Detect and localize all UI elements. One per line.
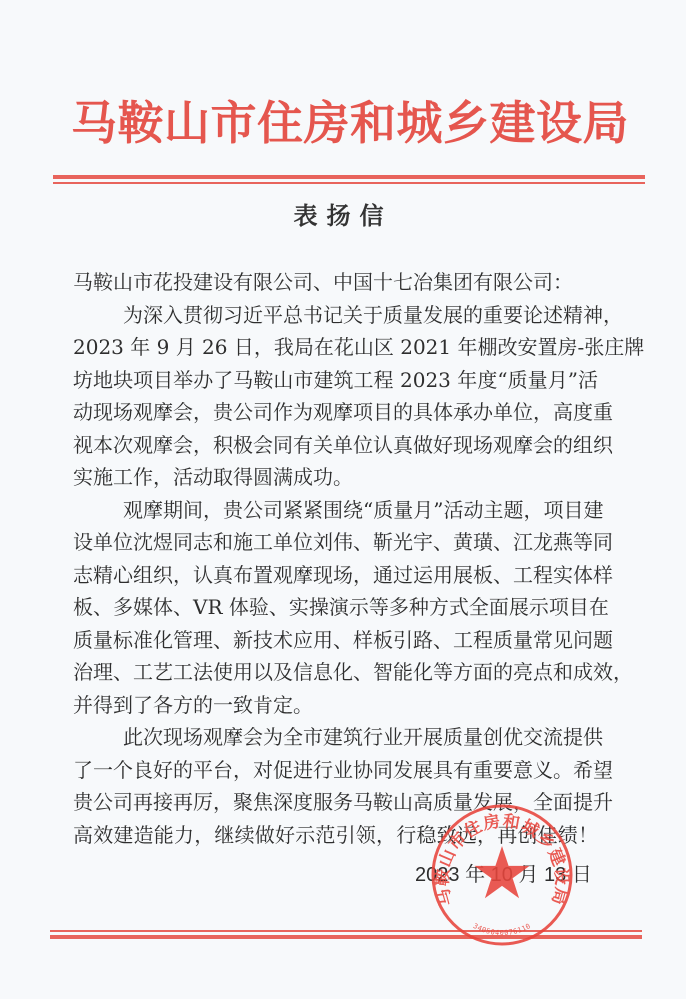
paragraph-2-line-7: 并得到了各方的一致肯定。 — [73, 689, 598, 722]
paragraph-1-line-4: 动现场观摩会，贵公司作为观摩项目的具体承办单位，高度重 — [73, 396, 598, 429]
footer-rule-thin — [50, 930, 642, 932]
letterhead-rule-thin — [53, 182, 645, 184]
paragraph-2-line-6: 治理、工艺工法使用以及信息化、智能化等方面的亮点和成效， — [73, 656, 598, 689]
date-year: 2023 — [415, 864, 460, 886]
date-day: 13 — [544, 864, 566, 886]
paragraph-1-line-2: 2023 年 9 月 26 日，我局在花山区 2021 年棚改安置房-张庄牌 — [73, 331, 598, 364]
paragraph-3-line-2: 了一个良好的平台，对促进行业协同发展具有重要意义。希望 — [73, 754, 598, 787]
footer-rule-thick — [50, 935, 642, 939]
paragraph-3-line-1: 此次现场观摩会为全市建筑行业开展质量创优交流提供 — [73, 721, 598, 754]
paragraph-1-line-3: 坊地块项目举办了马鞍山市建筑工程 2023 年度“质量月”活 — [73, 364, 598, 397]
date-month-label: 月 — [518, 862, 538, 886]
paragraph-1-line-6: 实施工作，活动取得圆满成功。 — [73, 461, 598, 494]
paragraph-1-line-5: 视本次观摩会，积极会同有关单位认真做好现场观摩会的组织 — [73, 429, 598, 462]
document-page: 马鞍山市住房和城乡建设局 表扬信 马鞍山市花投建设有限公司、中国十七冶集团有限公… — [0, 0, 686, 999]
paragraph-2-line-2: 设单位沈煜同志和施工单位刘伟、靳光宇、黄璜、江龙燕等同 — [73, 526, 598, 559]
paragraph-2-line-3: 志精心组织，认真布置观摩现场，通过运用展板、工程实体样 — [73, 559, 598, 592]
salutation: 马鞍山市花投建设有限公司、中国十七冶集团有限公司： — [73, 266, 598, 299]
letterhead-rule-thick — [53, 175, 645, 179]
letter-body: 马鞍山市花投建设有限公司、中国十七冶集团有限公司： 为深入贯彻习近平总书记关于质… — [73, 266, 598, 851]
paragraph-2-line-5: 质量标准化管理、新技术应用、样板引路、工程质量常见问题 — [73, 624, 598, 657]
paragraph-2-line-1: 观摩期间，贵公司紧紧围绕“质量月”活动主题，项目建 — [73, 494, 598, 527]
signature-date: 2023 年 10 月 13 日 — [415, 860, 592, 889]
paragraph-3-line-3: 贵公司再接再厉，聚焦深度服务马鞍山高质量发展，全面提升 — [73, 786, 598, 819]
paragraph-2-line-4: 板、多媒体、VR 体验、实操演示等多种方式全面展示项目在 — [73, 591, 598, 624]
date-year-label: 年 — [465, 862, 485, 886]
paragraph-1-line-1: 为深入贯彻习近平总书记关于质量发展的重要论述精神， — [73, 299, 598, 332]
document-title: 表扬信 — [0, 199, 686, 233]
paragraph-3-line-4: 高效建造能力，继续做好示范引领，行稳致远，再创佳绩！ — [73, 819, 598, 852]
date-month: 10 — [491, 864, 513, 886]
date-day-label: 日 — [572, 862, 592, 886]
letterhead-title: 马鞍山市住房和城乡建设局 — [60, 92, 640, 154]
